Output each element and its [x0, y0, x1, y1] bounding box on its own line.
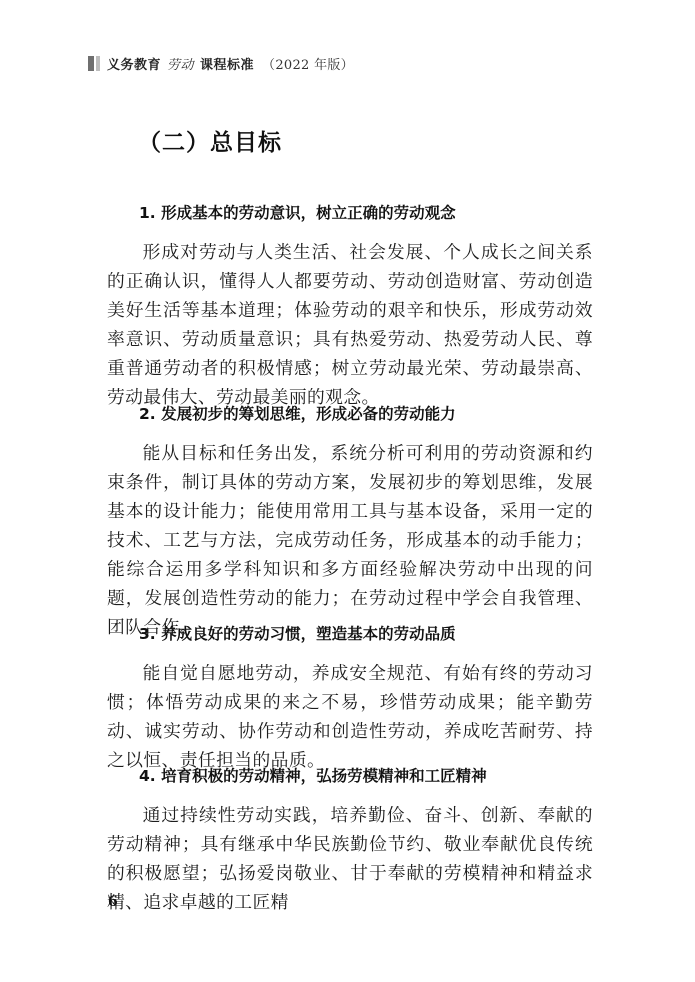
page-number: 6: [108, 894, 118, 910]
section-title: （二）总目标: [138, 124, 282, 157]
goal-4-body: 通过持续性劳动实践，培养勤俭、奋斗、创新、奉献的劳动精神；具有继承中华民族勤俭节…: [107, 801, 593, 917]
goal-1-body: 形成对劳动与人类生活、社会发展、个人成长之间关系的正确认识，懂得人人都要劳动、劳…: [107, 238, 593, 412]
book-standard: 课程标准: [200, 54, 254, 73]
goal-4-heading: 4. 培育积极的劳动精神，弘扬劳模精神和工匠精神: [139, 764, 487, 786]
running-head: 义务教育 劳动 课程标准 （2022 年版）: [88, 53, 354, 73]
light-bar-icon: [96, 56, 100, 71]
goal-1-heading: 1. 形成基本的劳动意识，树立正确的劳动观念: [139, 201, 456, 223]
book-title: 义务教育: [107, 54, 161, 73]
book-edition: （2022 年版）: [262, 54, 354, 73]
goal-3-heading: 3. 养成良好的劳动习惯，塑造基本的劳动品质: [139, 622, 456, 644]
goal-2-body: 能从目标和任务出发，系统分析可利用的劳动资源和约束条件，制订具体的劳动方案，发展…: [107, 439, 593, 642]
book-subject: 劳动: [167, 54, 194, 73]
goal-2-heading: 2. 发展初步的筹划思维，形成必备的劳动能力: [139, 402, 456, 424]
goal-3-body: 能自觉自愿地劳动，养成安全规范、有始有终的劳动习惯；体悟劳动成果的来之不易，珍惜…: [107, 659, 593, 775]
running-head-bars-icon: [88, 56, 100, 71]
dark-bar-icon: [88, 56, 94, 71]
